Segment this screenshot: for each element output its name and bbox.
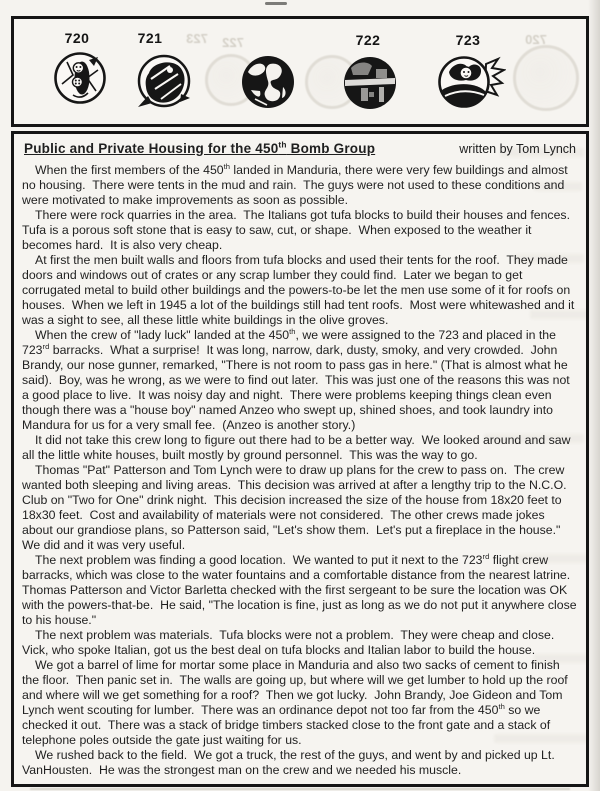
bomb-group-450-emblem-icon xyxy=(239,53,297,111)
squadron-722-emblem-icon xyxy=(341,54,399,112)
article-paragraph: The next problem was materials. Tufa blo… xyxy=(22,628,578,658)
squadron-720-emblem-icon xyxy=(53,51,107,105)
article-paragraph: We rushed back to the field. We got a tr… xyxy=(22,748,578,778)
article-body: When the first members of the 450th land… xyxy=(22,163,578,778)
squadron-721-emblem-icon xyxy=(134,53,196,113)
article-paragraph: When the crew of "lady luck" landed at t… xyxy=(22,328,578,433)
scanned-newsletter-page: { "colors": { "ink": "#1f1f1f", "border"… xyxy=(0,0,600,791)
emblem-number-723: 723 xyxy=(450,32,486,48)
article-title-row: Public and Private Housing for the 450th… xyxy=(24,141,576,156)
emblem-number-720: 720 xyxy=(59,30,95,46)
article-paragraph: Thomas "Pat" Patterson and Tom Lynch wer… xyxy=(22,463,578,553)
scan-artifact-smudge xyxy=(30,788,570,790)
squadron-723-emblem-icon xyxy=(436,52,506,112)
emblem-number-721: 721 xyxy=(132,30,168,46)
article-paragraph: The next problem was finding a good loca… xyxy=(22,553,578,628)
article-byline: written by Tom Lynch xyxy=(459,142,576,156)
ghost-emblem-circle xyxy=(513,45,579,111)
article-paragraph: There were rock quarries in the area. Th… xyxy=(22,208,578,253)
emblem-number-722: 722 xyxy=(350,32,386,48)
article-box: Public and Private Housing for the 450th… xyxy=(11,131,589,787)
article-paragraph: We got a barrel of lime for mortar some … xyxy=(22,658,578,748)
article-paragraph: It did not take this crew long to figure… xyxy=(22,433,578,463)
squadron-emblem-header-box: 723 722 720 720 721 xyxy=(11,16,589,127)
article-paragraph: When the first members of the 450th land… xyxy=(22,163,578,208)
article-paragraph: At first the men built walls and floors … xyxy=(22,253,578,328)
article-title: Public and Private Housing for the 450th… xyxy=(24,141,375,156)
scan-edge-shadow xyxy=(588,0,600,791)
scan-artifact-dash xyxy=(265,2,287,5)
ghost-number-723: 723 xyxy=(180,31,214,46)
ghost-number-722: 722 xyxy=(216,35,250,50)
